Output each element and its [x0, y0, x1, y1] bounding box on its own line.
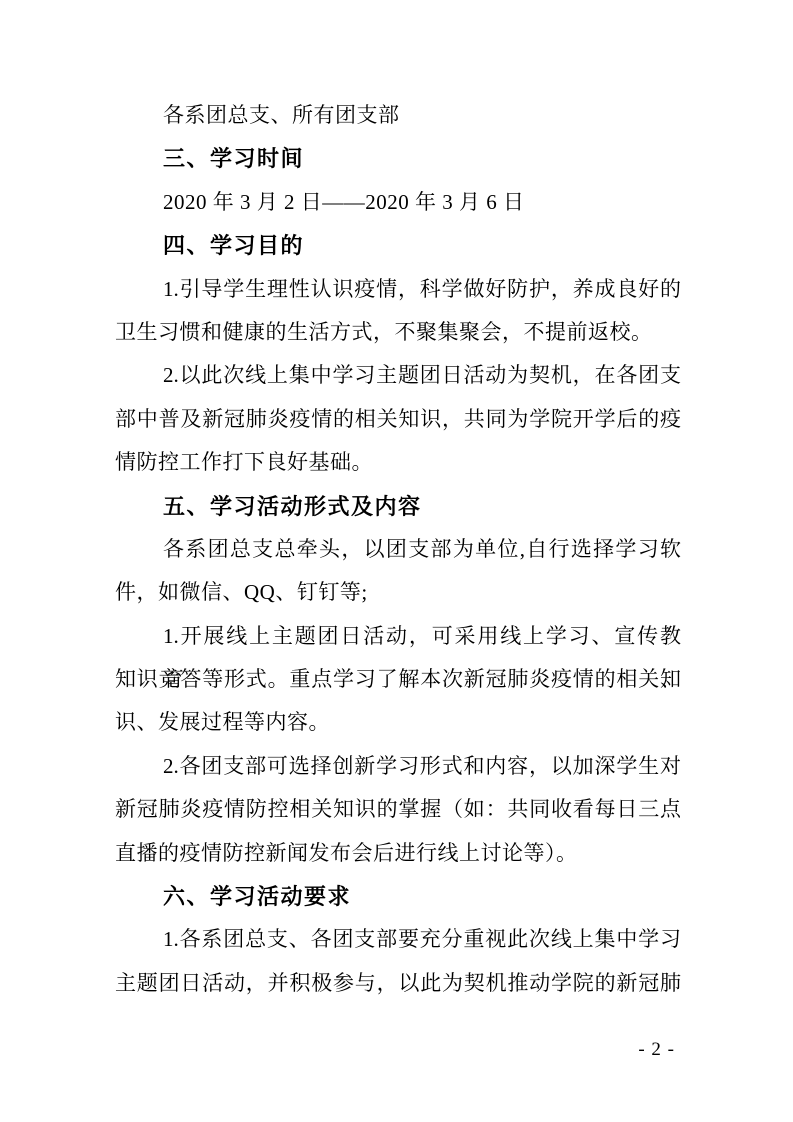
text-line: 卫生习惯和健康的生活方式，不聚集聚会，不提前返校。	[115, 311, 681, 354]
text-line: 识、发展过程等内容。	[115, 701, 681, 744]
text-line: 主题团日活动，并积极参与，以此为契机推动学院的新冠肺	[115, 962, 681, 1005]
section-heading: 五、学习活动形式及内容	[115, 485, 681, 528]
text-line: 2.以此次线上集中学习主题团日活动为契机，在各团支	[115, 354, 681, 397]
text-line: 直播的疫情防控新闻发布会后进行线上讨论等）。	[115, 832, 681, 875]
section-heading: 四、学习目的	[115, 224, 681, 267]
section-heading: 三、学习时间	[115, 137, 681, 180]
text-line: 情防控工作打下良好基础。	[115, 441, 681, 484]
section-heading: 六、学习活动要求	[115, 875, 681, 918]
document-page: 各系团总支、所有团支部三、学习时间2020 年 3 月 2 日——2020 年 …	[0, 0, 793, 1122]
text-line: 各系团总支、所有团支部	[115, 94, 681, 137]
text-line: 2.各团支部可选择创新学习形式和内容，以加深学生对	[115, 745, 681, 788]
text-line: 2020 年 3 月 2 日——2020 年 3 月 6 日	[115, 181, 681, 224]
text-line: 1.开展线上主题团日活动，可采用线上学习、宣传教育、	[115, 615, 681, 658]
document-body: 各系团总支、所有团支部三、学习时间2020 年 3 月 2 日——2020 年 …	[115, 94, 681, 1005]
text-line: 件，如微信、QQ、钉钉等;	[115, 571, 681, 614]
text-line: 部中普及新冠肺炎疫情的相关知识，共同为学院开学后的疫	[115, 398, 681, 441]
text-line: 各系团总支总牵头，以团支部为单位,自行选择学习软	[115, 528, 681, 571]
text-line: 知识竞答等形式。重点学习了解本次新冠肺炎疫情的相关知	[115, 658, 681, 701]
text-line: 新冠肺炎疫情防控相关知识的掌握（如：共同收看每日三点	[115, 788, 681, 831]
text-line: 1.各系团总支、各团支部要充分重视此次线上集中学习	[115, 918, 681, 961]
text-line: 1.引导学生理性认识疫情，科学做好防护，养成良好的	[115, 268, 681, 311]
page-number: - 2 -	[638, 1038, 675, 1062]
